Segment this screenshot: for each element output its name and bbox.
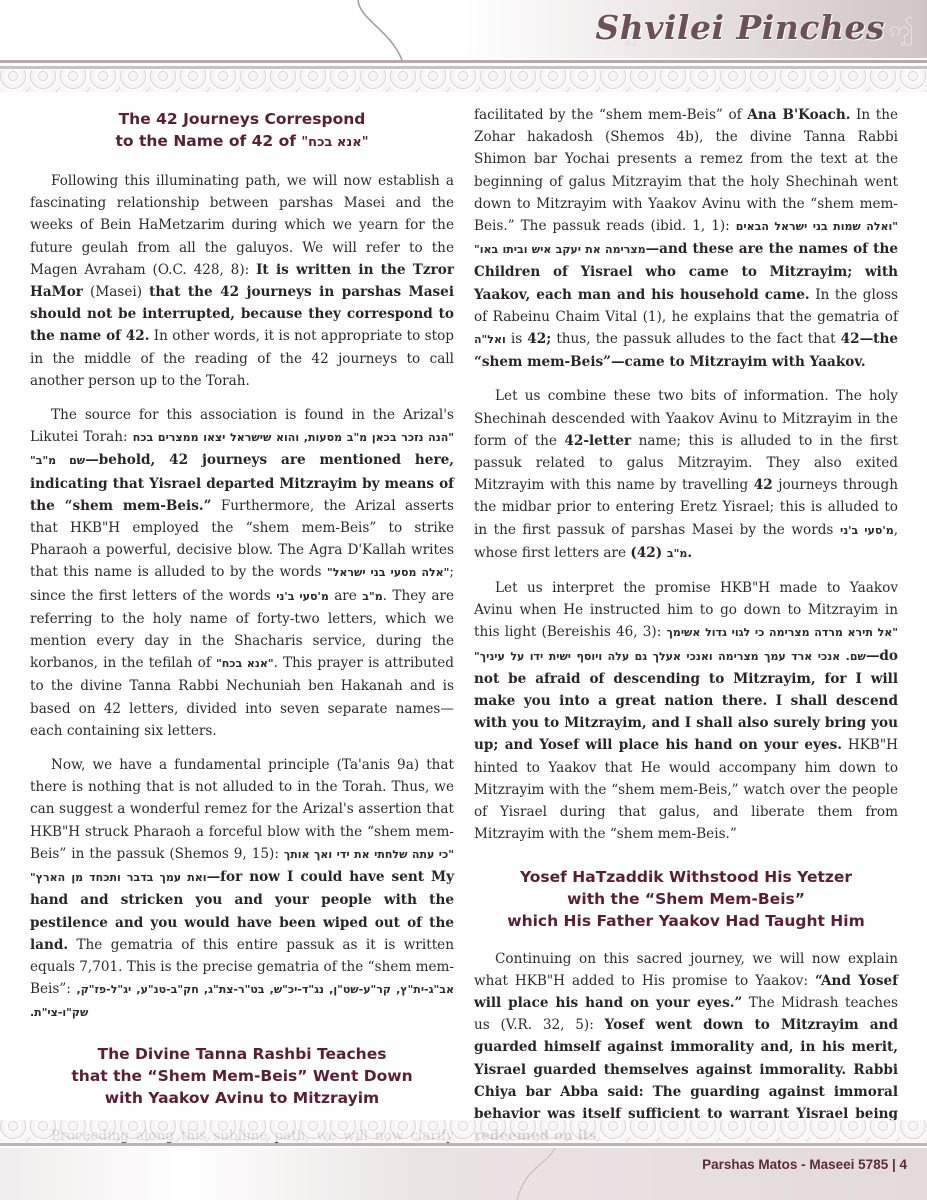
heading-line: with Yaakov Avinu to Mitzrayim [105,1089,379,1107]
heading-line: The Divine Tanna Rashbi Teaches [98,1045,387,1063]
hebrew-text: "אנא בכח" [216,657,274,670]
body-text: facilitated by the “shem mem-Beis” of [474,107,747,123]
hebrew-text: מ"ב [667,547,687,560]
paragraph: Now, we have a fundamental principle (Ta… [30,754,454,1024]
paragraph: facilitated by the “shem mem-Beis” of An… [474,104,898,373]
paragraph: Continuing on this sacred journey, we wi… [474,948,898,1148]
bold-text: 42-letter [564,433,631,449]
bold-text: —do not be afraid of descending to Mitzr… [474,648,898,754]
heading-line: to the Name of 42 of [116,132,302,150]
body-text: Now, we have a fundamental principle (Ta… [30,757,454,862]
section-heading: The Divine Tanna Rashbi Teaches that the… [30,1043,454,1109]
section-heading: Yosef HaTzaddik Withstood His Yetzer wit… [474,866,898,932]
heading-line: The 42 Journeys Correspond [119,110,366,128]
bold-text: Ana B'Koach. [747,107,850,123]
hebrew-text: אב"ג-ית"ץ, קר"ע-שט"ן, נג"ד-יכ"ש, בט"ר-צת… [30,983,454,1019]
body-text: thus, the passuk alludes to the fact tha… [551,331,840,347]
heading-line: that the “Shem Mem-Beis” Went Down [71,1067,412,1085]
body-text: are [329,588,362,604]
section-heading: The 42 Journeys Correspond to the Name o… [30,108,454,154]
footer-curve-decoration [505,1148,565,1200]
hebrew-text: "אלה מסעי בני ישראל" [327,566,449,579]
paragraph: Following this illuminating path, we wil… [30,170,454,392]
body-text: (Masei) [83,284,149,300]
header-rule [0,66,927,69]
footer-rule [0,1143,927,1146]
right-swirl-ornament-icon: ꩵ [889,14,913,47]
body-text: In the Zohar hakadosh (Shemos 4b), the d… [474,107,898,234]
hebrew-text: "אנא בכח" [301,135,368,150]
paragraph: Let us combine these two bits of informa… [474,385,898,565]
paragraph: The source for this association is found… [30,404,454,742]
bold-text: 42; [527,331,551,347]
bold-text: 42 [754,477,773,493]
page-header: ꩵ Shvilei Pinches ꩵ [0,0,927,58]
right-column: facilitated by the “shem mem-Beis” of An… [474,104,898,1159]
scrollwork-border-top [0,70,927,92]
page-footer: Parshas Matos - Maseei 5785 | 4 [0,1148,927,1200]
header-rule [0,60,927,63]
heading-line: which His Father Yaakov Had Taught Him [507,912,864,930]
header-curve-decoration [350,0,410,60]
publication-title: Shvilei Pinches [595,8,885,47]
hebrew-text: מ"ב [362,590,382,603]
body-text: is [506,331,528,347]
hebrew-text: מ'סעי ב'ני [276,590,329,603]
scrollwork-border-bottom [0,1120,927,1142]
left-column: The 42 Journeys Correspond to the Name o… [30,108,454,1200]
heading-line: Yosef HaTzaddik Withstood His Yetzer [520,868,852,886]
hebrew-text: מ'סעי ב'ני [840,524,894,537]
paragraph: Let us interpret the promise HKB"H made … [474,577,898,845]
hebrew-text: ואל"ה [474,333,506,346]
footer-page-info: Parshas Matos - Maseei 5785 | 4 [702,1157,907,1172]
heading-line: with the “Shem Mem-Beis” [567,890,805,908]
